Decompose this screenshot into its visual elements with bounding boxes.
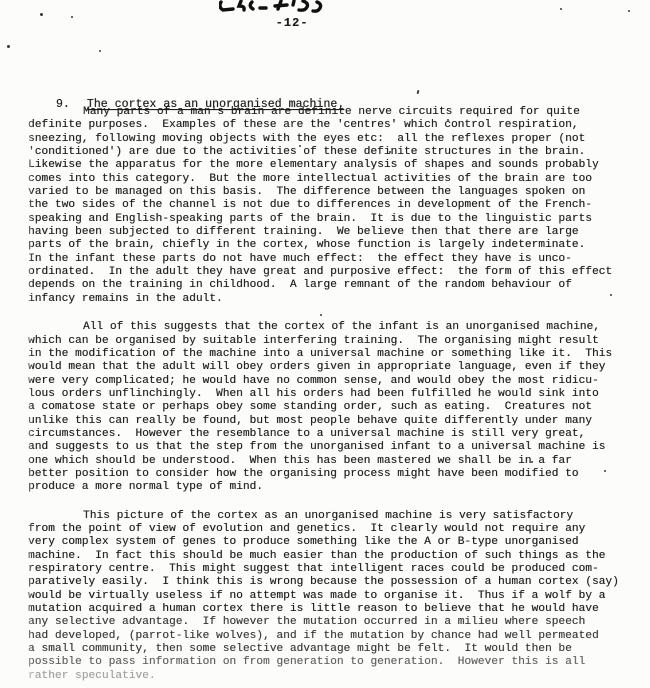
text-line: 'conditioned') are due to the activities… <box>28 146 640 159</box>
text-line: This picture of the cortex as an unorgan… <box>28 510 640 523</box>
scan-speck <box>531 461 533 463</box>
text-line: In the infant these parts do not have mu… <box>28 253 640 266</box>
text-line: one which should be understood. When thi… <box>28 455 640 468</box>
text-line: better position to consider how the orga… <box>28 468 640 481</box>
page-number: -12- <box>0 16 584 30</box>
text-line: the two sides of the channel is not due … <box>28 199 640 212</box>
text-line: machine. In fact this should be much eas… <box>28 550 640 563</box>
text-line: comes into this category. But the more i… <box>28 173 640 186</box>
scan-speck <box>71 16 73 18</box>
text-line: mutation acquired a human cortex there i… <box>28 603 640 616</box>
scan-speck <box>628 10 630 12</box>
scan-speck <box>610 294 612 296</box>
text-line: All of this suggests that the cortex of … <box>28 321 640 334</box>
scan-speck <box>40 13 43 16</box>
text-line: from the point of view of evolution and … <box>28 523 640 536</box>
text-line: having been subjected to different train… <box>28 226 640 239</box>
text-line: and suggests to us that the step from th… <box>28 441 640 454</box>
text-line: infancy remains in the adult. <box>28 293 640 306</box>
scan-speck <box>99 50 101 52</box>
paragraph-2: All of this suggests that the cortex of … <box>28 321 640 494</box>
scan-speck <box>447 119 449 121</box>
text-line: in the modification of the machine into … <box>28 348 640 361</box>
text-line: Many parts of a man's brain are definite… <box>28 106 640 119</box>
text-line: a comatose state or perhaps obey some st… <box>28 401 640 414</box>
scan-speck <box>560 8 562 10</box>
paragraph-1: Many parts of a man's brain are definite… <box>28 106 640 306</box>
text-line: very complex system of genes to produce … <box>28 536 640 549</box>
text-line: parts of the brain, chiefly in the corte… <box>28 239 640 252</box>
handwritten-mark-icon <box>219 0 339 14</box>
text-line: which can be organised by suitable inter… <box>28 335 640 348</box>
text-line: varied to be managed on this basis. The … <box>28 186 640 199</box>
scan-speck <box>299 145 301 147</box>
text-line: unlike this can really be found, but mos… <box>28 415 640 428</box>
scan-speck <box>417 90 420 94</box>
text-line: rather speculative. <box>28 670 640 683</box>
scan-speck <box>604 470 606 472</box>
text-line: definite purposes. Examples of these are… <box>28 119 640 132</box>
scanned-document-page: -12- 9.The cortex as an unorganised mach… <box>0 0 650 688</box>
text-line: lous orders unflinchingly. When all his … <box>28 388 640 401</box>
text-line: Likewise the apparatus for the more elem… <box>28 159 640 172</box>
scan-speck <box>320 314 322 316</box>
text-line: produce a more normal type of mind. <box>28 481 640 494</box>
text-line: ordinated. In the adult they have great … <box>28 266 640 279</box>
paragraph-3: This picture of the cortex as an unorgan… <box>28 510 640 683</box>
text-line: would mean that the adult will obey orde… <box>28 361 640 374</box>
scan-speck <box>7 45 10 48</box>
text-line: depends on the training in childhood. A … <box>28 279 640 292</box>
text-line: sneezing, following moving objects with … <box>28 133 640 146</box>
document-body: Many parts of a man's brain are definite… <box>28 106 640 683</box>
text-line: respiratory centre. This might suggest t… <box>28 563 640 576</box>
text-line: paratively easily. I think this is wrong… <box>28 576 640 589</box>
text-line: possible to pass information on from gen… <box>28 656 640 669</box>
text-line: had developed, (parrot-like wolves), and… <box>28 630 640 643</box>
text-line: a small community, then some selective a… <box>28 643 640 656</box>
text-line: were very complicated; he would have no … <box>28 375 640 388</box>
text-line: any selective advantage. If however the … <box>28 616 640 629</box>
text-line: would be virtually useless if no attempt… <box>28 590 640 603</box>
text-line: circumstances. However the resemblance t… <box>28 428 640 441</box>
text-line: speaking and English-speaking parts of t… <box>28 213 640 226</box>
scan-speck <box>389 151 391 153</box>
